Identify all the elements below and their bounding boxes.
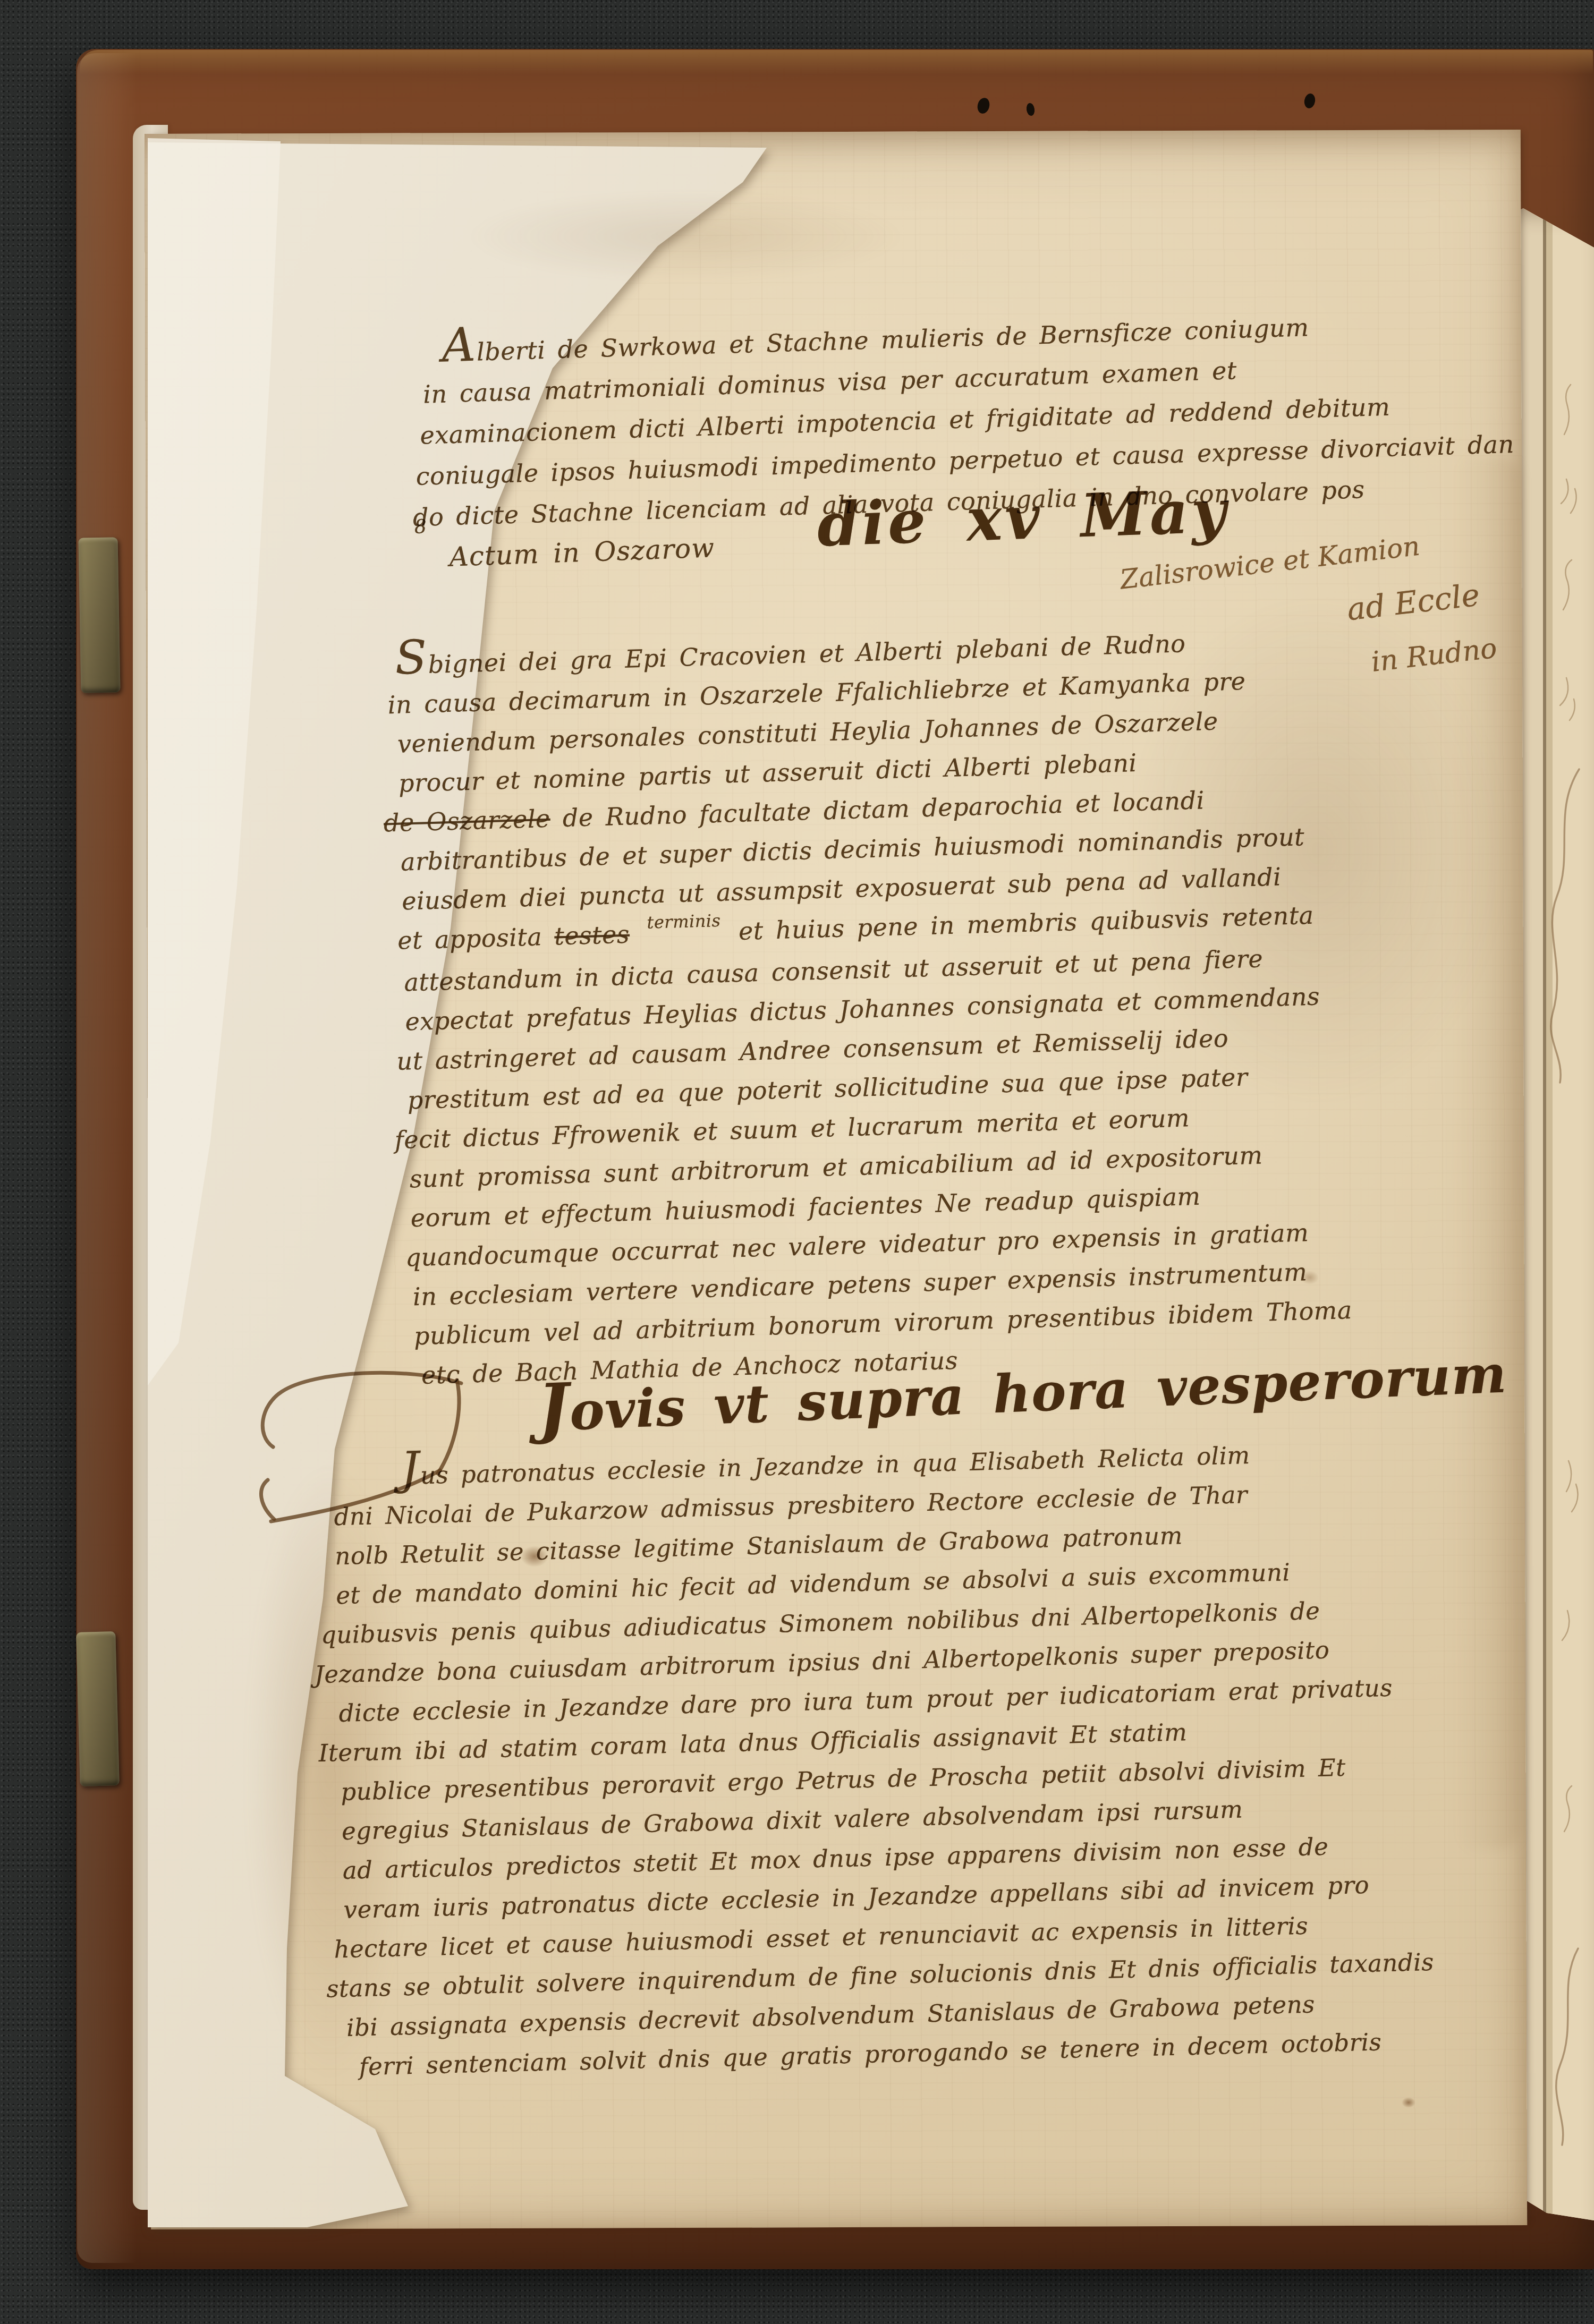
paragraph-mark: 8 xyxy=(414,516,427,538)
dateline-place: Actum in Oszarow xyxy=(449,532,715,572)
book-clasp-bottom xyxy=(76,1631,120,1786)
struck-word: testes xyxy=(554,920,630,951)
book-clasp-top xyxy=(78,537,120,693)
interlinear-insertion: terminis xyxy=(646,901,721,942)
ghost-writing xyxy=(1515,206,1594,2226)
next-page-edge xyxy=(1515,206,1594,2226)
leather-top-edge xyxy=(80,50,1593,74)
manuscript-scan: Alberti de Swrkowa et Stachne mulieris d… xyxy=(0,0,1594,2324)
struck-word: de Oszarzele xyxy=(383,804,550,838)
entry-3: Jus patronatus ecclesie in Jezandze in q… xyxy=(333,1427,1437,2087)
line-text: et apposita xyxy=(397,922,542,955)
entry-2: Sbignei dei gra Epi Cracovien et Alberti… xyxy=(395,613,1425,1395)
